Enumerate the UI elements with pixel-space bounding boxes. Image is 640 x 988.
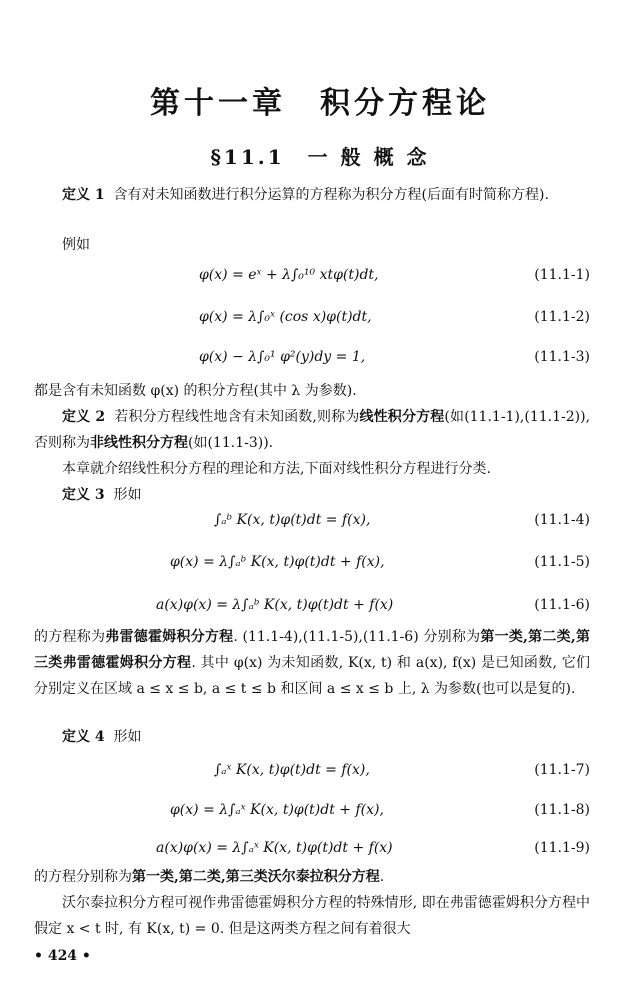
example-label: 例如 bbox=[34, 232, 590, 258]
equation-formula: ∫ₐᵇ K(x, t)φ(t)dt = f(x), bbox=[214, 505, 370, 535]
paragraph-text: 的方程分别称为 bbox=[34, 869, 132, 885]
equation-formula: φ(x) = λ∫ₐᵇ K(x, t)φ(t)dt + f(x), bbox=[170, 547, 385, 577]
term-fredholm-equation: 弗雷德霍姆积分方程 bbox=[105, 629, 233, 645]
equation-number: (11.1-4) bbox=[534, 505, 590, 535]
equation-11-1-2: φ(x) = λ∫₀ˣ (cos x)φ(t)dt, (11.1-2) bbox=[34, 302, 590, 332]
equation-formula: a(x)φ(x) = λ∫ₐˣ K(x, t)φ(t)dt + f(x) bbox=[156, 833, 393, 863]
equation-number: (11.1-8) bbox=[534, 795, 590, 825]
definition-4: 定义 4 形如 bbox=[34, 724, 590, 750]
definition-1: 定义 1 含有对未知函数进行积分运算的方程称为积分方程(后面有时简称方程). bbox=[34, 182, 590, 208]
equation-11-1-7: ∫ₐˣ K(x, t)φ(t)dt = f(x), (11.1-7) bbox=[34, 755, 590, 785]
equation-formula: φ(x) = eˣ + λ∫₀¹⁰ xtφ(t)dt, bbox=[199, 260, 379, 290]
equation-formula: φ(x) − λ∫₀¹ φ²(y)dy = 1, bbox=[199, 342, 365, 372]
equation-formula: ∫ₐˣ K(x, t)φ(t)dt = f(x), bbox=[214, 755, 370, 785]
section-title: §11.1 一 般 概 念 bbox=[0, 141, 640, 170]
definition-3-label: 定义 3 bbox=[62, 487, 105, 503]
definition-4-explanation: 的方程分别称为第一类,第二类,第三类沃尔泰拉积分方程. bbox=[34, 864, 590, 890]
equation-11-1-3: φ(x) − λ∫₀¹ φ²(y)dy = 1, (11.1-3) bbox=[34, 342, 590, 372]
equation-number: (11.1-2) bbox=[534, 302, 590, 332]
definition-1-label: 定义 1 bbox=[62, 187, 105, 203]
page-number: • 424 • bbox=[34, 948, 91, 964]
term-linear-integral-equation: 线性积分方程 bbox=[360, 409, 445, 425]
equation-number: (11.1-5) bbox=[534, 547, 590, 577]
definition-2-text: 若积分方程线性地含有未知函数,则称为 bbox=[114, 409, 359, 425]
intro-linear-text: 本章就介绍线性积分方程的理论和方法,下面对线性积分方程进行分类. bbox=[34, 456, 590, 482]
term-volterra-kinds: 第一类,第二类,第三类沃尔泰拉积分方程 bbox=[132, 869, 380, 885]
equation-formula: φ(x) = λ∫ₐˣ K(x, t)φ(t)dt + f(x), bbox=[170, 795, 384, 825]
definition-2-label: 定义 2 bbox=[62, 409, 105, 425]
definition-3-text: 形如 bbox=[114, 487, 142, 503]
definition-3-explanation: 的方程称为弗雷德霍姆积分方程. (11.1-4),(11.1-5),(11.1-… bbox=[34, 624, 590, 702]
equation-number: (11.1-6) bbox=[534, 590, 590, 620]
book-page: 第十一章 积分方程论 §11.1 一 般 概 念 定义 1 含有对未知函数进行积… bbox=[0, 0, 640, 988]
equation-11-1-6: a(x)φ(x) = λ∫ₐᵇ K(x, t)φ(t)dt + f(x) (11… bbox=[34, 590, 590, 620]
definition-4-text: 形如 bbox=[114, 729, 142, 745]
paragraph-text: . bbox=[380, 869, 384, 885]
equation-number: (11.1-7) bbox=[534, 755, 590, 785]
definition-1-text: 含有对未知函数进行积分运算的方程称为积分方程(后面有时简称方程). bbox=[114, 187, 549, 203]
equation-11-1-9: a(x)φ(x) = λ∫ₐˣ K(x, t)φ(t)dt + f(x) (11… bbox=[34, 833, 590, 863]
equation-11-1-1: φ(x) = eˣ + λ∫₀¹⁰ xtφ(t)dt, (11.1-1) bbox=[34, 260, 590, 290]
equation-number: (11.1-1) bbox=[534, 260, 590, 290]
equation-number: (11.1-9) bbox=[534, 833, 590, 863]
after-examples-text: 都是含有未知函数 φ(x) 的积分方程(其中 λ 为参数). bbox=[34, 378, 590, 404]
equation-11-1-8: φ(x) = λ∫ₐˣ K(x, t)φ(t)dt + f(x), (11.1-… bbox=[34, 795, 590, 825]
equation-11-1-5: φ(x) = λ∫ₐᵇ K(x, t)φ(t)dt + f(x), (11.1-… bbox=[34, 547, 590, 577]
equation-number: (11.1-3) bbox=[534, 342, 590, 372]
equation-11-1-4: ∫ₐᵇ K(x, t)φ(t)dt = f(x), (11.1-4) bbox=[34, 505, 590, 535]
term-nonlinear-integral-equation: 非线性积分方程 bbox=[90, 435, 188, 451]
definition-2: 定义 2 若积分方程线性地含有未知函数,则称为线性积分方程(如(11.1-1),… bbox=[34, 404, 590, 456]
equation-formula: φ(x) = λ∫₀ˣ (cos x)φ(t)dt, bbox=[199, 302, 372, 332]
paragraph-text: 的方程称为 bbox=[34, 629, 105, 645]
equation-formula: a(x)φ(x) = λ∫ₐᵇ K(x, t)φ(t)dt + f(x) bbox=[156, 590, 393, 620]
volterra-note: 沃尔泰拉积分方程可视作弗雷德霍姆积分方程的特殊情形, 即在弗雷德霍姆积分方程中假… bbox=[34, 890, 590, 942]
paragraph-text: . (11.1-4),(11.1-5),(11.1-6) 分别称为 bbox=[233, 629, 480, 645]
definition-2-text: (如(11.1-3)). bbox=[188, 435, 273, 451]
definition-4-label: 定义 4 bbox=[62, 729, 105, 745]
chapter-title: 第十一章 积分方程论 bbox=[0, 78, 640, 122]
